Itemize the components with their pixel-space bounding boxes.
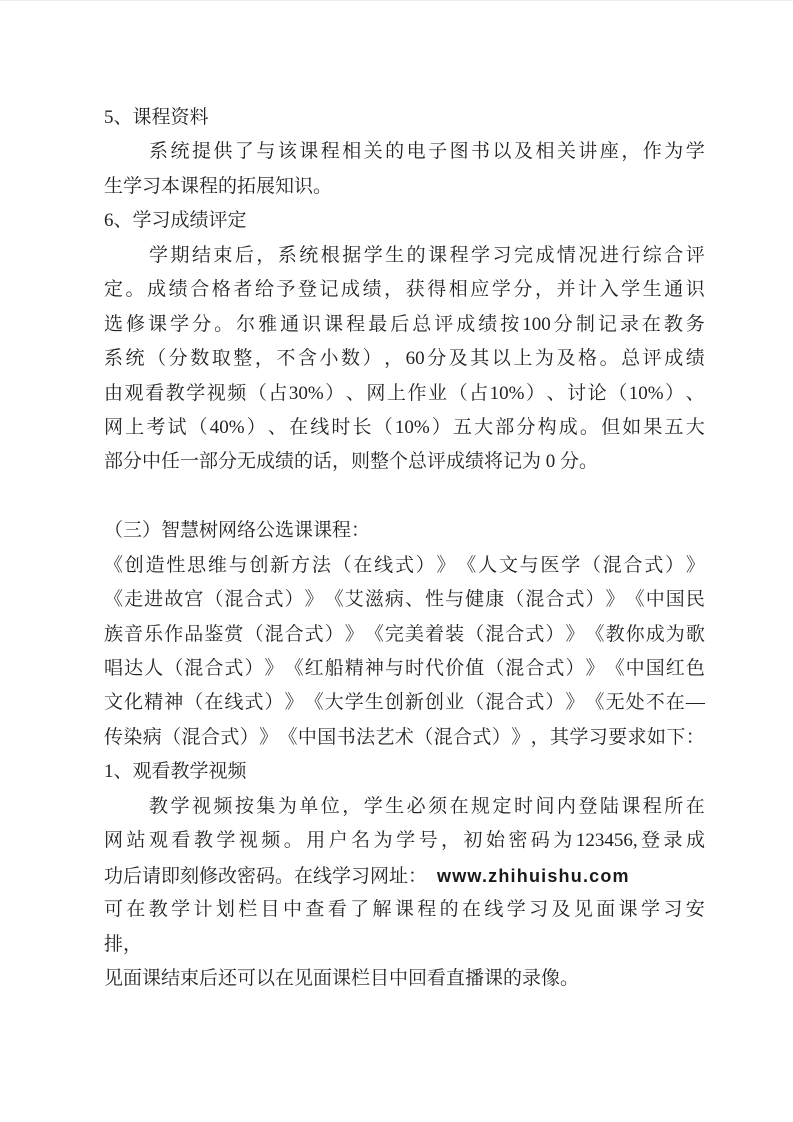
glyph: 选 <box>104 308 123 342</box>
glyph: 系 <box>149 135 168 169</box>
glyph: 识 <box>302 308 321 342</box>
glyph: 性 <box>425 583 444 617</box>
glyph: （ <box>414 721 433 755</box>
glyph: 记 <box>319 273 338 307</box>
glyph: 课 <box>621 790 640 824</box>
glyph: 讲 <box>578 135 597 169</box>
glyph: 合 <box>624 549 643 583</box>
glyph: 成 <box>559 411 578 445</box>
item-5-heading: 5、课程资料 <box>104 101 705 135</box>
glyph: 格 <box>212 273 231 307</box>
glyph: 中 <box>283 893 302 927</box>
glyph: 进 <box>144 583 163 617</box>
glyph: 束 <box>213 239 232 273</box>
glyph: 书 <box>337 721 356 755</box>
glyph: 康 <box>485 583 504 617</box>
text-line: 部分中任一部分无成绩的话，则整个总评成绩将记为 0 分。 <box>104 445 705 479</box>
glyph: 电 <box>407 135 426 169</box>
line-text: 6、学习成绩评定 <box>104 210 247 231</box>
glyph: 《 <box>305 686 324 720</box>
glyph: 评 <box>434 308 453 342</box>
glyph: 及 <box>449 342 468 376</box>
glyph: 无 <box>606 686 625 720</box>
glyph: 分 <box>192 308 211 342</box>
glyph: — <box>686 686 705 720</box>
blank-line <box>104 480 705 514</box>
glyph: （ <box>374 411 393 445</box>
glyph: 所 <box>664 790 683 824</box>
glyph: 乐 <box>144 618 163 652</box>
glyph: 定 <box>104 273 123 307</box>
glyph: 课 <box>619 893 638 927</box>
glyph: 以 <box>492 342 511 376</box>
glyph: 初 <box>464 824 483 858</box>
glyph: 精 <box>345 652 364 686</box>
glyph: 频 <box>213 790 232 824</box>
glyph: 处 <box>626 686 645 720</box>
document-page: 5、课程资料系统提供了与该课程相关的电子图书以及相关讲座，作为学生学习本课程的拓… <box>0 0 793 1122</box>
glyph: ， <box>384 342 403 376</box>
glyph: 艺 <box>375 721 394 755</box>
glyph: 《 <box>586 686 605 720</box>
line-text: 5、课程资料 <box>104 107 209 128</box>
glyph: 关 <box>557 135 576 169</box>
glyph: ） <box>665 549 684 583</box>
glyph: 成 <box>686 824 705 858</box>
glyph: 习 <box>663 893 682 927</box>
glyph: ） <box>265 686 284 720</box>
glyph: 神 <box>164 686 183 720</box>
glyph: 录 <box>664 824 683 858</box>
glyph: 绩 <box>363 273 382 307</box>
glyph: 混 <box>265 618 284 652</box>
glyph: 》 <box>586 652 605 686</box>
glyph: 上 <box>387 377 406 411</box>
glyph: 文 <box>104 686 123 720</box>
glyph: 观 <box>125 377 144 411</box>
glyph: 创 <box>425 686 444 720</box>
glyph: 登 <box>641 824 660 858</box>
glyph: 合 <box>505 618 524 652</box>
text-line: 教学视频按集为单位，学生必须在规定时间内登陆课程所在 <box>104 790 705 824</box>
glyph: 式 <box>244 686 263 720</box>
glyph: 时 <box>405 652 424 686</box>
glyph: ） <box>416 549 435 583</box>
glyph: 病 <box>143 721 162 755</box>
glyph: 间 <box>535 790 554 824</box>
glyph: 60 <box>406 342 425 376</box>
glyph: 课 <box>428 239 447 273</box>
glyph: 视 <box>192 790 211 824</box>
glyph: 、 <box>346 377 365 411</box>
glyph: 部 <box>495 411 514 445</box>
text-line: 文化精神（在线式）》《大学生创新创业（混合式）》《无处不在— <box>104 686 705 720</box>
glyph: 色 <box>686 652 705 686</box>
glyph: 录 <box>620 308 639 342</box>
glyph: （ <box>164 652 183 686</box>
glyph: （ <box>608 377 627 411</box>
glyph: 看 <box>145 377 164 411</box>
glyph: 况 <box>578 239 597 273</box>
glyph: 10% <box>629 377 664 411</box>
glyph: 红 <box>666 652 685 686</box>
glyph: 学 <box>569 721 588 755</box>
glyph: 式 <box>305 618 324 652</box>
glyph: 绩 <box>169 273 188 307</box>
glyph: 中 <box>646 583 665 617</box>
line-text: 1、观看教学视频 <box>104 761 247 782</box>
glyph: 走 <box>124 583 143 617</box>
glyph: 化 <box>124 686 143 720</box>
glyph: 成 <box>664 342 683 376</box>
glyph: 程 <box>643 790 662 824</box>
glyph: 大 <box>686 411 705 445</box>
glyph: 《 <box>279 721 298 755</box>
glyph: ） <box>244 652 263 686</box>
glyph: （ <box>485 652 504 686</box>
glyph: 统 <box>299 239 318 273</box>
glyph: 学 <box>170 308 189 342</box>
glyph: 健 <box>465 583 484 617</box>
glyph: 分 <box>169 342 188 376</box>
glyph: 为 <box>278 790 297 824</box>
glyph: 艾 <box>345 583 364 617</box>
glyph: 分 <box>513 273 532 307</box>
glyph: 学 <box>364 790 383 824</box>
glyph: 论 <box>588 377 607 411</box>
glyph: 滋 <box>365 583 384 617</box>
item-1-heading: 1、观看教学视频 <box>104 755 705 789</box>
glyph: 教 <box>149 790 168 824</box>
glyph: 绩 <box>478 308 497 342</box>
glyph: 与 <box>229 549 248 583</box>
glyph: 规 <box>471 790 490 824</box>
glyph: 习 <box>493 239 512 273</box>
glyph: 获 <box>406 273 425 307</box>
glyph: 生 <box>385 239 404 273</box>
glyph: 据 <box>342 239 361 273</box>
text-line: 唱达人（混合式）》《红船精神与时代价值（混合式）》《中国红色 <box>104 652 705 686</box>
glyph: 、 <box>268 411 287 445</box>
glyph: （ <box>184 686 203 720</box>
glyph: 文 <box>499 549 518 583</box>
glyph: 长 <box>353 411 372 445</box>
glyph: 与 <box>445 583 464 617</box>
glyph: ） <box>432 411 451 445</box>
glyph: 不 <box>276 342 295 376</box>
glyph: ） <box>325 618 344 652</box>
glyph: 内 <box>557 790 576 824</box>
glyph: 鉴 <box>204 618 223 652</box>
glyph: 完 <box>514 239 533 273</box>
glyph: 式 <box>565 583 584 617</box>
glyph: 观 <box>149 824 168 858</box>
glyph: 大 <box>474 411 493 445</box>
glyph: 及 <box>556 342 575 376</box>
glyph: 为 <box>553 824 572 858</box>
glyph: 学 <box>686 135 705 169</box>
glyph: 造 <box>146 549 165 583</box>
glyph: 。 <box>126 273 145 307</box>
glyph: 式 <box>265 583 284 617</box>
glyph: 》 <box>606 583 625 617</box>
glyph: 创 <box>249 549 268 583</box>
glyph: 精 <box>144 686 163 720</box>
glyph: 根 <box>321 239 340 273</box>
glyph: 看 <box>328 893 347 927</box>
glyph: 雅 <box>258 308 277 342</box>
glyph: ： <box>686 721 705 755</box>
glyph: 123456, <box>576 824 638 858</box>
glyph: 成 <box>341 273 360 307</box>
glyph: ， <box>384 273 403 307</box>
line-text: 排， <box>104 934 142 955</box>
glyph: 学 <box>216 824 235 858</box>
glyph: 与 <box>520 549 539 583</box>
glyph: 课 <box>148 308 167 342</box>
glyph: 后 <box>235 239 254 273</box>
glyph: 评 <box>643 342 662 376</box>
glyph: 通 <box>280 308 299 342</box>
glyph: 混 <box>182 721 201 755</box>
glyph: 登 <box>298 273 317 307</box>
glyph: 占 <box>469 377 488 411</box>
glyph: 传 <box>104 721 123 755</box>
glyph: 但 <box>601 411 620 445</box>
glyph: 。 <box>284 824 303 858</box>
glyph: 视 <box>239 824 258 858</box>
text-line: 生学习本课程的拓展知识。 <box>104 170 705 204</box>
glyph: 、 <box>405 583 424 617</box>
glyph: ， <box>531 721 550 755</box>
glyph: ， <box>535 273 554 307</box>
glyph: 在 <box>126 893 145 927</box>
glyph: 生 <box>365 686 384 720</box>
glyph: 创 <box>125 549 144 583</box>
url-line: 功后请即刻修改密码。在线学习网址：www.zhihuishu.com <box>104 859 705 893</box>
glyph: 达 <box>124 652 143 686</box>
glyph: 。 <box>580 411 599 445</box>
text-line: 定。成绩合格者给予登记成绩，获得相应学分，并计入学生通识 <box>104 273 705 307</box>
text-line: 选修课学分。尔雅通识课程最后总评成绩按100分制记录在教务 <box>104 308 705 342</box>
glyph: 占 <box>268 377 287 411</box>
glyph: 含 <box>298 342 317 376</box>
glyph: 价 <box>445 652 464 686</box>
glyph: 相 <box>449 273 468 307</box>
page-edge <box>0 0 793 1</box>
glyph: （ <box>162 721 181 755</box>
glyph: 见 <box>574 893 593 927</box>
glyph: 学 <box>471 239 490 273</box>
glyph: 该 <box>278 135 297 169</box>
glyph: 成 <box>646 618 665 652</box>
glyph: 统 <box>126 342 145 376</box>
glyph: （ <box>505 583 524 617</box>
glyph: 混 <box>525 583 544 617</box>
glyph: 计 <box>194 893 213 927</box>
glyph: 时 <box>514 790 533 824</box>
glyph: （ <box>147 342 166 376</box>
glyph: 学 <box>170 790 189 824</box>
glyph: 结 <box>192 239 211 273</box>
glyph: 图 <box>450 135 469 169</box>
glyph: 看 <box>171 824 190 858</box>
glyph: 要 <box>608 721 627 755</box>
glyph: 在 <box>204 686 223 720</box>
glyph: 合 <box>204 652 223 686</box>
glyph: 》 <box>259 721 278 755</box>
glyph: 《 <box>104 583 123 617</box>
line-text: 生学习本课程的拓展知识。 <box>104 176 332 197</box>
glyph: 、 <box>547 377 566 411</box>
glyph: 格 <box>578 342 597 376</box>
glyph: 中 <box>626 652 645 686</box>
glyph: 歌 <box>686 618 705 652</box>
glyph: 并 <box>556 273 575 307</box>
glyph: 染 <box>123 721 142 755</box>
section-3-heading: （三）智慧树网络公选课课程： <box>104 514 705 548</box>
glyph: 学 <box>149 239 168 273</box>
glyph: ） <box>545 686 564 720</box>
glyph: 30% <box>289 377 324 411</box>
glyph: 合 <box>525 652 544 686</box>
glyph: 式 <box>525 686 544 720</box>
glyph: 》 <box>565 686 584 720</box>
glyph: 式 <box>395 549 414 583</box>
glyph: 混 <box>434 721 453 755</box>
glyph: 学 <box>171 893 190 927</box>
glyph: 子 <box>428 135 447 169</box>
text-line: 族音乐作品鉴赏（混合式）》《完美着装（混合式）》《教你成为歌 <box>104 618 705 652</box>
glyph: 程 <box>417 893 436 927</box>
glyph: 赏 <box>224 618 243 652</box>
glyph: 号 <box>419 824 438 858</box>
glyph: 在 <box>642 308 661 342</box>
glyph: 五 <box>453 411 472 445</box>
glyph: 频 <box>261 824 280 858</box>
glyph: ） <box>586 583 605 617</box>
text-line: 系统提供了与该课程相关的电子图书以及相关讲座，作为学 <box>104 135 705 169</box>
glyph: 合 <box>545 583 564 617</box>
line-text: 部分中任一部分无成绩的话，则整个总评成绩将记为 0 分。 <box>104 451 598 472</box>
glyph: 100 <box>522 308 551 342</box>
glyph: 合 <box>664 239 683 273</box>
glyph: 位 <box>321 790 340 824</box>
glyph: 生 <box>385 790 404 824</box>
glyph: 混 <box>485 618 504 652</box>
glyph: 不 <box>646 686 665 720</box>
glyph: 站 <box>126 824 145 858</box>
glyph: 值 <box>465 652 484 686</box>
glyph: （ <box>465 618 484 652</box>
glyph: 国 <box>317 721 336 755</box>
glyph: 你 <box>626 618 645 652</box>
text-line: 可在教学计划栏目中查看了解课程的在线学习及见面课学习安 <box>104 893 705 927</box>
glyph: 名 <box>351 824 370 858</box>
glyph: 者 <box>233 273 252 307</box>
glyph: 学 <box>186 377 205 411</box>
glyph: 线 <box>224 686 243 720</box>
glyph: 人 <box>144 652 163 686</box>
glyph: 由 <box>104 377 123 411</box>
glyph: 取 <box>212 342 231 376</box>
glyph: 关 <box>364 135 383 169</box>
glyph: 代 <box>425 652 444 686</box>
glyph: 程 <box>346 308 365 342</box>
glyph: 性 <box>166 549 185 583</box>
glyph: ） <box>545 618 564 652</box>
glyph: 线 <box>310 411 329 445</box>
glyph: 系 <box>104 342 123 376</box>
glyph: 式 <box>525 618 544 652</box>
glyph: 生 <box>643 273 662 307</box>
glyph: 提 <box>192 135 211 169</box>
glyph: 业 <box>428 377 447 411</box>
glyph: 在 <box>353 549 372 583</box>
glyph: 上 <box>125 411 144 445</box>
glyph: 作 <box>407 377 426 411</box>
text-line: 网站观看教学视频。用户名为学号，初始密码为123456,登录成 <box>104 824 705 858</box>
glyph: 务 <box>686 308 705 342</box>
glyph: 在 <box>686 790 705 824</box>
glyph: 船 <box>325 652 344 686</box>
glyph: 成 <box>456 308 475 342</box>
glyph: 可 <box>104 893 123 927</box>
document-content: 5、课程资料系统提供了与该课程相关的电子图书以及相关讲座，作为学生学习本课程的拓… <box>104 101 705 996</box>
glyph: 故 <box>164 583 183 617</box>
glyph: 作 <box>164 618 183 652</box>
glyph: 式 <box>224 652 243 686</box>
glyph: 识 <box>686 273 705 307</box>
glyph: 行 <box>621 239 640 273</box>
glyph: 相 <box>342 135 361 169</box>
glyph: 单 <box>299 790 318 824</box>
glyph: 应 <box>470 273 489 307</box>
glyph: 10% <box>490 377 525 411</box>
glyph: 、 <box>686 377 705 411</box>
glyph: 神 <box>365 652 384 686</box>
glyph: 新 <box>405 686 424 720</box>
glyph: ） <box>565 652 584 686</box>
glyph: 混 <box>505 652 524 686</box>
glyph: 。 <box>600 342 619 376</box>
glyph: 网 <box>366 377 385 411</box>
glyph: 式 <box>644 549 663 583</box>
glyph: 在 <box>666 686 685 720</box>
glyph: 进 <box>600 239 619 273</box>
glyph: 用 <box>306 824 325 858</box>
glyph: 构 <box>538 411 557 445</box>
glyph: 供 <box>213 135 232 169</box>
glyph: 《 <box>586 618 605 652</box>
glyph: 最 <box>368 308 387 342</box>
glyph: 40% <box>210 411 245 445</box>
glyph: 予 <box>276 273 295 307</box>
glyph: ， <box>255 342 274 376</box>
glyph: 在 <box>462 893 481 927</box>
glyph: 合 <box>190 273 209 307</box>
glyph: （ <box>244 618 263 652</box>
glyph: 网 <box>104 824 123 858</box>
glyph: 频 <box>227 377 246 411</box>
glyph: 《 <box>325 583 344 617</box>
glyph: 音 <box>124 618 143 652</box>
glyph: 法 <box>356 721 375 755</box>
glyph: 在 <box>289 411 308 445</box>
glyph: 线 <box>484 893 503 927</box>
glyph: 式 <box>472 721 491 755</box>
glyph: 了 <box>235 135 254 169</box>
